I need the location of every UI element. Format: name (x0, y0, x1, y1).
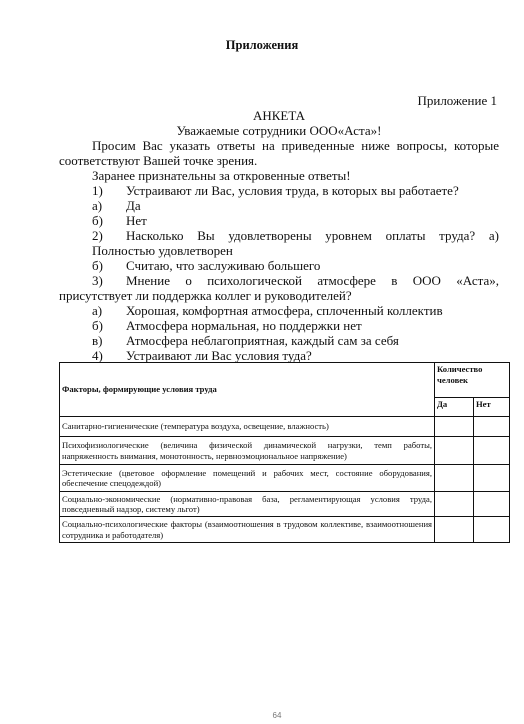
question-2-number: 2) (92, 228, 103, 244)
working-conditions-table: Факторы, формирующие условия труда Колич… (59, 362, 510, 543)
no-cell[interactable] (474, 437, 510, 465)
q2-option-b-mark: б) (92, 258, 103, 274)
question-3-number: 3) (92, 273, 103, 289)
q1-option-a-mark: а) (92, 198, 102, 214)
q1-option-b-text: Нет (126, 213, 147, 229)
intro-line-1: Просим Вас указать ответы на приведенные… (92, 138, 499, 153)
q3-option-a-mark: а) (92, 303, 102, 319)
yes-cell[interactable] (435, 492, 474, 517)
yes-cell[interactable] (435, 465, 474, 492)
no-cell[interactable] (474, 465, 510, 492)
q1-option-b-mark: б) (92, 213, 103, 229)
yes-cell[interactable] (435, 417, 474, 437)
table-row: Социально-психологические факторы (взаим… (60, 517, 510, 543)
intro-line-2: соответствуют Вашей точке зрения. (59, 153, 257, 168)
question-3-text: Мнение о психологической атмосфере в ООО… (126, 273, 499, 289)
question-1-number: 1) (92, 183, 103, 199)
yes-cell[interactable] (435, 517, 474, 543)
table-row: Психофизиологические (величина физическо… (60, 437, 510, 465)
thanks-line: Заранее признательны за откровенные отве… (92, 168, 351, 183)
no-cell[interactable] (474, 492, 510, 517)
factor-cell: Санитарно-гигиенические (температура воз… (60, 417, 435, 437)
q1-option-a-text: Да (126, 198, 141, 214)
question-2-text: Насколько Вы удовлетворены уровнем оплат… (126, 228, 499, 244)
q3-option-c-mark: в) (92, 333, 102, 349)
header-factors: Факторы, формирующие условия труда (60, 363, 435, 417)
question-1-text: Устраивают ли Вас, условия труда, в кото… (126, 183, 459, 199)
table-row: Социально-экономические (нормативно-прав… (60, 492, 510, 517)
yes-cell[interactable] (435, 437, 474, 465)
factor-cell: Психофизиологические (величина физическо… (60, 437, 435, 465)
q3-option-a-text: Хорошая, комфортная атмосфера, сплоченны… (126, 303, 443, 319)
factor-cell: Эстетические (цветовое оформление помеще… (60, 465, 435, 492)
header-no: Нет (474, 397, 510, 416)
header-yes: Да (435, 397, 474, 416)
q2-option-b-text: Считаю, что заслуживаю большего (126, 258, 320, 274)
no-cell[interactable] (474, 417, 510, 437)
q3-option-b-text: Атмосфера нормальная, но поддержки нет (126, 318, 362, 334)
question-2-text-cont: Полностью удовлетворен (92, 243, 233, 259)
questionnaire-title: АНКЕТА (59, 108, 499, 124)
no-cell[interactable] (474, 517, 510, 543)
table-row: Эстетические (цветовое оформление помеще… (60, 465, 510, 492)
header-count: Количество человек (435, 363, 510, 398)
page-number: 64 (0, 711, 524, 720)
page-heading: Приложения (0, 38, 524, 53)
question-3-text-cont: присутствует ли поддержка коллег и руков… (59, 288, 352, 304)
factor-cell: Социально-экономические (нормативно-прав… (60, 492, 435, 517)
table-row: Санитарно-гигиенические (температура воз… (60, 417, 510, 437)
factor-cell: Социально-психологические факторы (взаим… (60, 517, 435, 543)
q3-option-b-mark: б) (92, 318, 103, 334)
q3-option-c-text: Атмосфера неблагоприятная, каждый сам за… (126, 333, 399, 349)
greeting: Уважаемые сотрудники ООО«Аста»! (59, 123, 499, 139)
appendix-label: Приложение 1 (417, 93, 497, 109)
